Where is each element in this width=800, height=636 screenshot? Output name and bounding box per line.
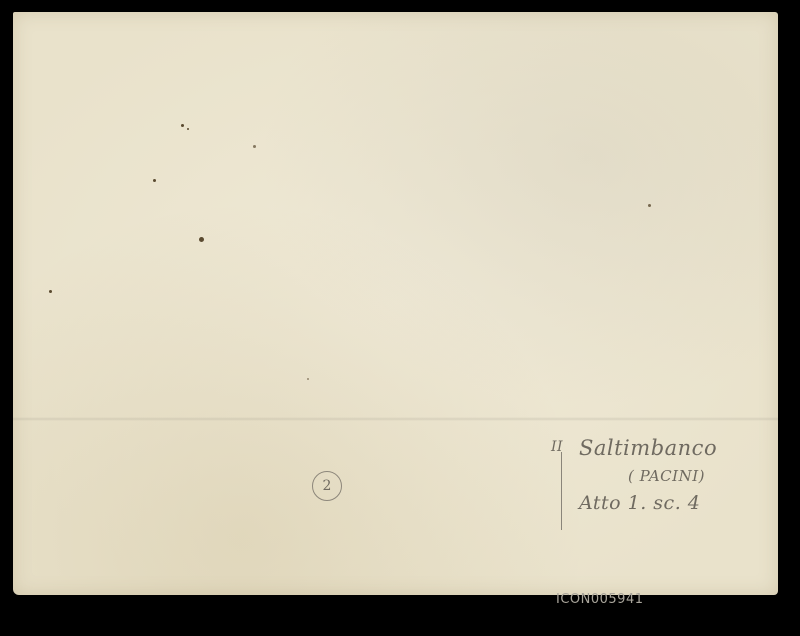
handwritten-composer: ( PACINI)	[628, 467, 705, 485]
paper-sheet: 2 II Saltimbanco ( PACINI) Atto 1. sc. 4…	[13, 12, 778, 595]
foxing-spot	[648, 204, 651, 207]
margin-line	[561, 452, 562, 530]
handwritten-title: Saltimbanco	[579, 436, 717, 460]
foxing-spot	[199, 237, 204, 242]
foxing-spot	[49, 290, 52, 293]
handwritten-act-scene: Atto 1. sc. 4	[579, 492, 700, 514]
circled-number: 2	[312, 471, 342, 501]
foxing-spot	[253, 145, 256, 148]
foxing-spot	[187, 128, 189, 130]
foxing-spot	[307, 378, 309, 380]
paper-fold-line	[13, 417, 778, 421]
foxing-spot	[153, 179, 156, 182]
foxing-spot	[181, 124, 184, 127]
circled-number-text: 2	[323, 478, 332, 494]
inventory-number: ICON005941	[556, 592, 644, 607]
roman-numeral: II	[551, 439, 563, 455]
